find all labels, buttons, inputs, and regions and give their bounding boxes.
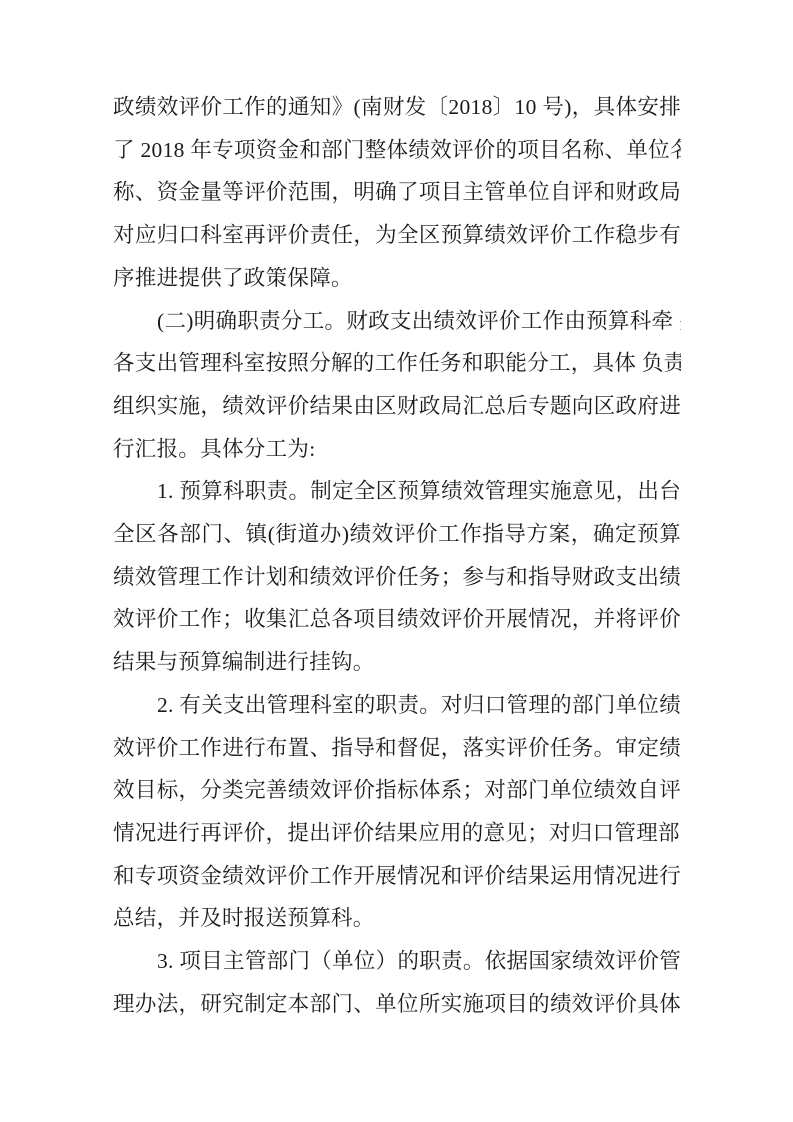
text-line: 情况进行再评价，提出评价结果应用的意见；对归口管理部 门	[113, 812, 681, 855]
document-body: 政绩效评价工作的通知》(南财发〔2018〕10 号)，具体安排了 2018 年专…	[113, 86, 681, 1025]
text-line: 3. 项目主管部门（单位）的职责。依据国家绩效评价管	[113, 940, 681, 983]
text-line: 行汇报。具体分工为:	[113, 428, 681, 471]
text-line: 了 2018 年专项资金和部门整体绩效评价的项目名称、单位名	[113, 129, 681, 172]
text-line: 结果与预算编制进行挂钩。	[113, 641, 681, 684]
text-line: 效目标，分类完善绩效评价指标体系；对部门单位绩效自评	[113, 769, 681, 812]
paragraph: 2. 有关支出管理科室的职责。对归口管理的部门单位绩效评价工作进行布置、指导和督…	[113, 684, 681, 940]
text-line: 组织实施，绩效评价结果由区财政局汇总后专题向区政府进	[113, 385, 681, 428]
text-line: 2. 有关支出管理科室的职责。对归口管理的部门单位绩	[113, 684, 681, 727]
text-line: 1. 预算科职责。制定全区预算绩效管理实施意见，出台	[113, 470, 681, 513]
paragraph: 政绩效评价工作的通知》(南财发〔2018〕10 号)，具体安排了 2018 年专…	[113, 86, 681, 300]
text-line: 效评价工作；收集汇总各项目绩效评价开展情况，并将评价	[113, 598, 681, 641]
text-line: (二)明确职责分工。财政支出绩效评价工作由预算科牵 头，	[113, 300, 681, 343]
text-line: 称、资金量等评价范围，明确了项目主管单位自评和财政局	[113, 171, 681, 214]
paragraph: (二)明确职责分工。财政支出绩效评价工作由预算科牵 头，各支出管理科室按照分解的…	[113, 300, 681, 471]
text-line: 全区各部门、镇(街道办)绩效评价工作指导方案，确定预算	[113, 513, 681, 556]
text-line: 总结，并及时报送预算科。	[113, 897, 681, 940]
text-line: 序推进提供了政策保障。	[113, 257, 681, 300]
text-line: 政绩效评价工作的通知》(南财发〔2018〕10 号)，具体安排	[113, 86, 681, 129]
document-page: 政绩效评价工作的通知》(南财发〔2018〕10 号)，具体安排了 2018 年专…	[0, 0, 793, 1122]
text-line: 绩效管理工作计划和绩效评价任务；参与和指导财政支出绩	[113, 556, 681, 599]
paragraph: 1. 预算科职责。制定全区预算绩效管理实施意见，出台全区各部门、镇(街道办)绩效…	[113, 470, 681, 684]
text-line: 和专项资金绩效评价工作开展情况和评价结果运用情况进行	[113, 855, 681, 898]
text-line: 各支出管理科室按照分解的工作任务和职能分工，具体 负责，	[113, 342, 681, 385]
text-line: 理办法，研究制定本部门、单位所实施项目的绩效评价具体	[113, 983, 681, 1026]
text-line: 效评价工作进行布置、指导和督促，落实评价任务。审定绩	[113, 727, 681, 770]
text-line: 对应归口科室再评价责任，为全区预算绩效评价工作稳步有	[113, 214, 681, 257]
paragraph: 3. 项目主管部门（单位）的职责。依据国家绩效评价管理办法，研究制定本部门、单位…	[113, 940, 681, 1025]
